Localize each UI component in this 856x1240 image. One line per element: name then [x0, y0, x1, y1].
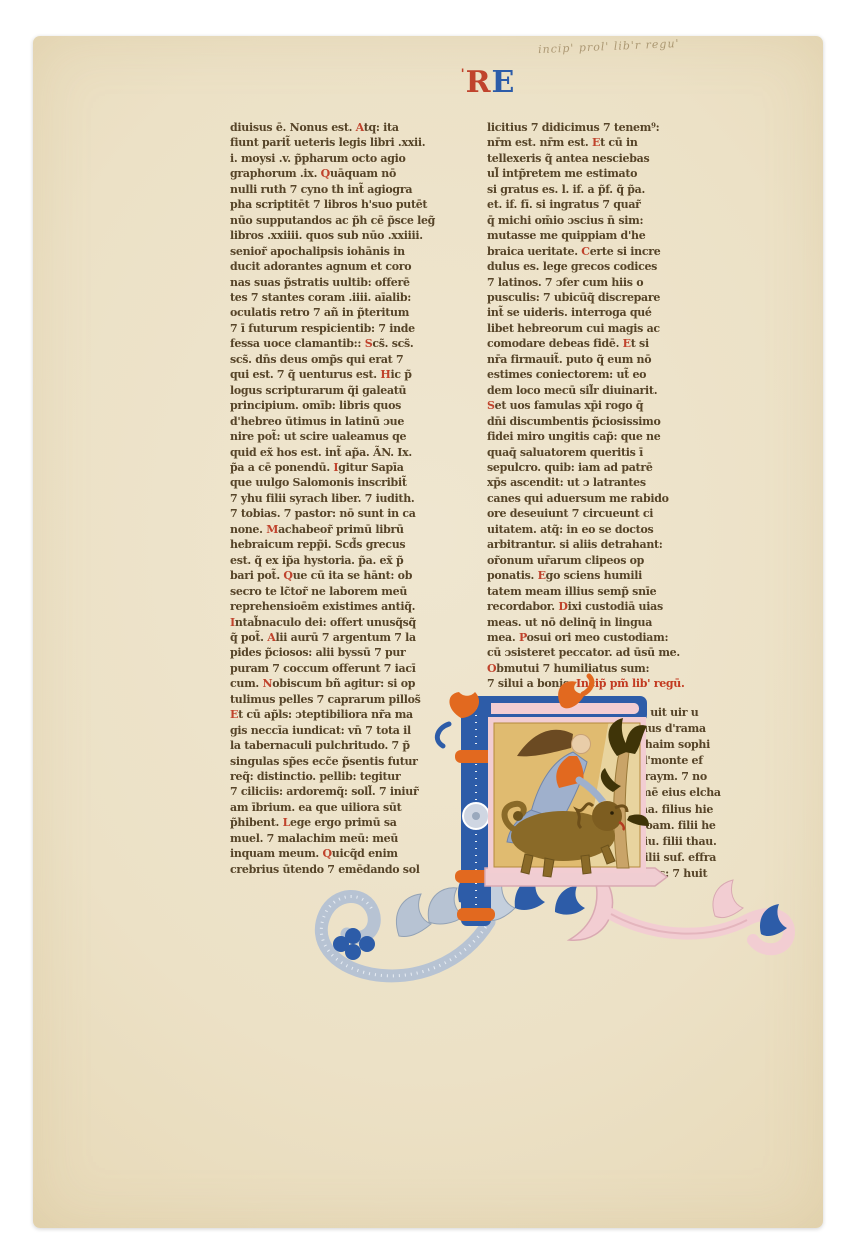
- text-line: qui est. 7 q̃ uenturus est. Hic p̃: [230, 367, 470, 382]
- text-line: dulus es. lege grecos codices: [487, 259, 729, 274]
- text-line: nulli ruth 7 cyno th int̃ agiogra: [230, 182, 470, 197]
- text-line: oculatis retro 7 añ in p̃teritum: [230, 305, 470, 320]
- text-line: estimes coniectorem: ut̃ eo: [487, 367, 729, 382]
- text-column-right: licitius 7 didicimus 7 tenem⁹:nr̄m est. …: [487, 120, 729, 692]
- text-line: uitatem. atq̃: in eo se doctos: [487, 522, 729, 537]
- text-line: cū ɔsisteret peccator. ad ūsū me.: [487, 645, 729, 660]
- text-line: d'hebreo ūtimus in latinū ɔue: [230, 414, 470, 429]
- text-line: pha scriptitēt 7 libros h'suo putēt: [230, 197, 470, 212]
- text-line: nire pot̃: ut scire ualeamus qe: [230, 429, 470, 444]
- text-line: 7 yhu filii syrach liber. 7 iudith.: [230, 491, 470, 506]
- text-line: int̃ se uideris. interroga qué: [487, 305, 729, 320]
- text-line: nr̄a firmauit̃. puto q̃ eum nō: [487, 352, 729, 367]
- text-line: Intab̃naculo dei: offert unusq̃sq̃: [230, 615, 470, 630]
- text-line: que uulgo Salomonis inscribit̃: [230, 475, 470, 490]
- text-line: libros .xxiiii. quos sub nūo .xxiiii.: [230, 228, 470, 243]
- text-line: dn̄i discumbentis p̃ciosissimo: [487, 414, 729, 429]
- text-line: 7 ī futurum respicientib: 7 inde: [230, 321, 470, 336]
- text-line: quaq̄ saluatorem queritis ī: [487, 445, 729, 460]
- text-line: quid ex̃ hos est. int̃ ap̃a. ÃN. Ix.: [230, 445, 470, 460]
- text-line: si gratus es. l. if. a p̃f. q̃ p̃a.: [487, 182, 729, 197]
- text-line: senior̃ apochalipsis iohānis in: [230, 244, 470, 259]
- text-line: mutasse me quippiam d'he: [487, 228, 729, 243]
- text-line: braica ueritate. Certe si incre: [487, 244, 729, 259]
- text-line: comodare debeas fidē. Et si: [487, 336, 729, 351]
- text-line: licitius 7 didicimus 7 tenem⁹:: [487, 120, 729, 135]
- text-line: recordabor. Dixi custodiā uias: [487, 599, 729, 614]
- running-title-letter-r: R: [466, 65, 492, 100]
- illuminated-initial-F: [263, 664, 803, 1014]
- text-line: 7 tobias. 7 pastor: nō sunt in ca: [230, 506, 470, 521]
- text-line: meas. ut nō delinq̄ in lingua: [487, 615, 729, 630]
- text-line: nr̄m est. nr̄m est. Et cū in: [487, 135, 729, 150]
- text-line: pusculis: 7 ubicūq̃ discrepare: [487, 290, 729, 305]
- text-line: scs̃. dn̄s deus omp̃s qui erat 7: [230, 352, 470, 367]
- text-line: libet hebreorum cui magis ac: [487, 321, 729, 336]
- text-line: et. if. fī. si ingratus 7 quar̃: [487, 197, 729, 212]
- text-line: pides p̃ciosos: alii byssū 7 pur: [230, 645, 470, 660]
- running-title: 'RE: [413, 58, 563, 100]
- text-line: mea. Posui ori meo custodiam:: [487, 630, 729, 645]
- text-line: xp̄s ascendit: ut ɔ latrantes: [487, 475, 729, 490]
- text-line: ore deseuiunt 7 circueunt ci: [487, 506, 729, 521]
- manuscript-page: 'RE incip' prol' lib'r regu' diuisus ē. …: [33, 36, 823, 1228]
- text-line: est. q̃ ex ip̃a hystoria. p̃a. ex̃ p̃: [230, 553, 470, 568]
- text-line: arbitrantur. si aliis detrahant:: [487, 537, 729, 552]
- text-line: ul̃ intp̃retem me estimato: [487, 166, 729, 181]
- text-line: Set uos famulas xp̄i rogo q̄: [487, 398, 729, 413]
- text-line: ponatis. Ego sciens humili: [487, 568, 729, 583]
- text-line: hebraicum repp̃i. Scd̃s grecus: [230, 537, 470, 552]
- text-line: graphorum .ix. Quāquam nō: [230, 166, 470, 181]
- text-line: principium. omīb: libris quos: [230, 398, 470, 413]
- text-line: logus scripturarum q̃i galeatū: [230, 383, 470, 398]
- text-line: nas suas p̃stratis uultib: offerē: [230, 275, 470, 290]
- text-line: fidei miro ungitis cap̃: que ne: [487, 429, 729, 444]
- text-line: none. Machabeor̃ primū librū: [230, 522, 470, 537]
- text-line: p̃a a cē ponendū. Igitur Sapīa: [230, 460, 470, 475]
- text-line: reprehensioēm existimes antiq̃.: [230, 599, 470, 614]
- running-title-letter-e: E: [492, 65, 516, 100]
- text-line: diuisus ē. Nonus est. Atq: ita: [230, 120, 470, 135]
- text-line: 7 latinos. 7 ɔfer cum hiis o: [487, 275, 729, 290]
- text-line: sepulcro. quib: iam ad patrē: [487, 460, 729, 475]
- text-line: nūo supputandos ac p̃h cē p̃sce leg̃: [230, 213, 470, 228]
- text-line: fessa uoce clamantib:: Scs̃. scs̃.: [230, 336, 470, 351]
- text-line: tatem meam illius semp̃ snīe: [487, 584, 729, 599]
- text-line: ducit adorantes agnum et coro: [230, 259, 470, 274]
- text-line: tes 7 stantes coram .iiii. aīalib:: [230, 290, 470, 305]
- text-line: canes qui aduersum me rabido: [487, 491, 729, 506]
- text-line: fiunt parit̃ ueteris legis libri .xxii.: [230, 135, 470, 150]
- text-line: secro te lc̃tor̃ ne laborem meū: [230, 584, 470, 599]
- text-line: bari pot̃. Que cū ita se hānt: ob: [230, 568, 470, 583]
- text-line: or̃onum ur̄arum clipeos op: [487, 553, 729, 568]
- text-line: tellexeris q̃ antea nesciebas: [487, 151, 729, 166]
- text-line: dem loco mecū sil̃r diuinarit.: [487, 383, 729, 398]
- text-line: q̃ pot̃. Alii aurū 7 argentum 7 la: [230, 630, 470, 645]
- text-line: q̄ michi om̄io ɔscius n̄ sim:: [487, 213, 729, 228]
- initial-miniature: [491, 718, 649, 877]
- figure-head: [572, 735, 591, 754]
- text-line: i. moysi .v. p̃pharum octo agio: [230, 151, 470, 166]
- marginal-inscription: incip' prol' lib'r regu': [538, 35, 728, 56]
